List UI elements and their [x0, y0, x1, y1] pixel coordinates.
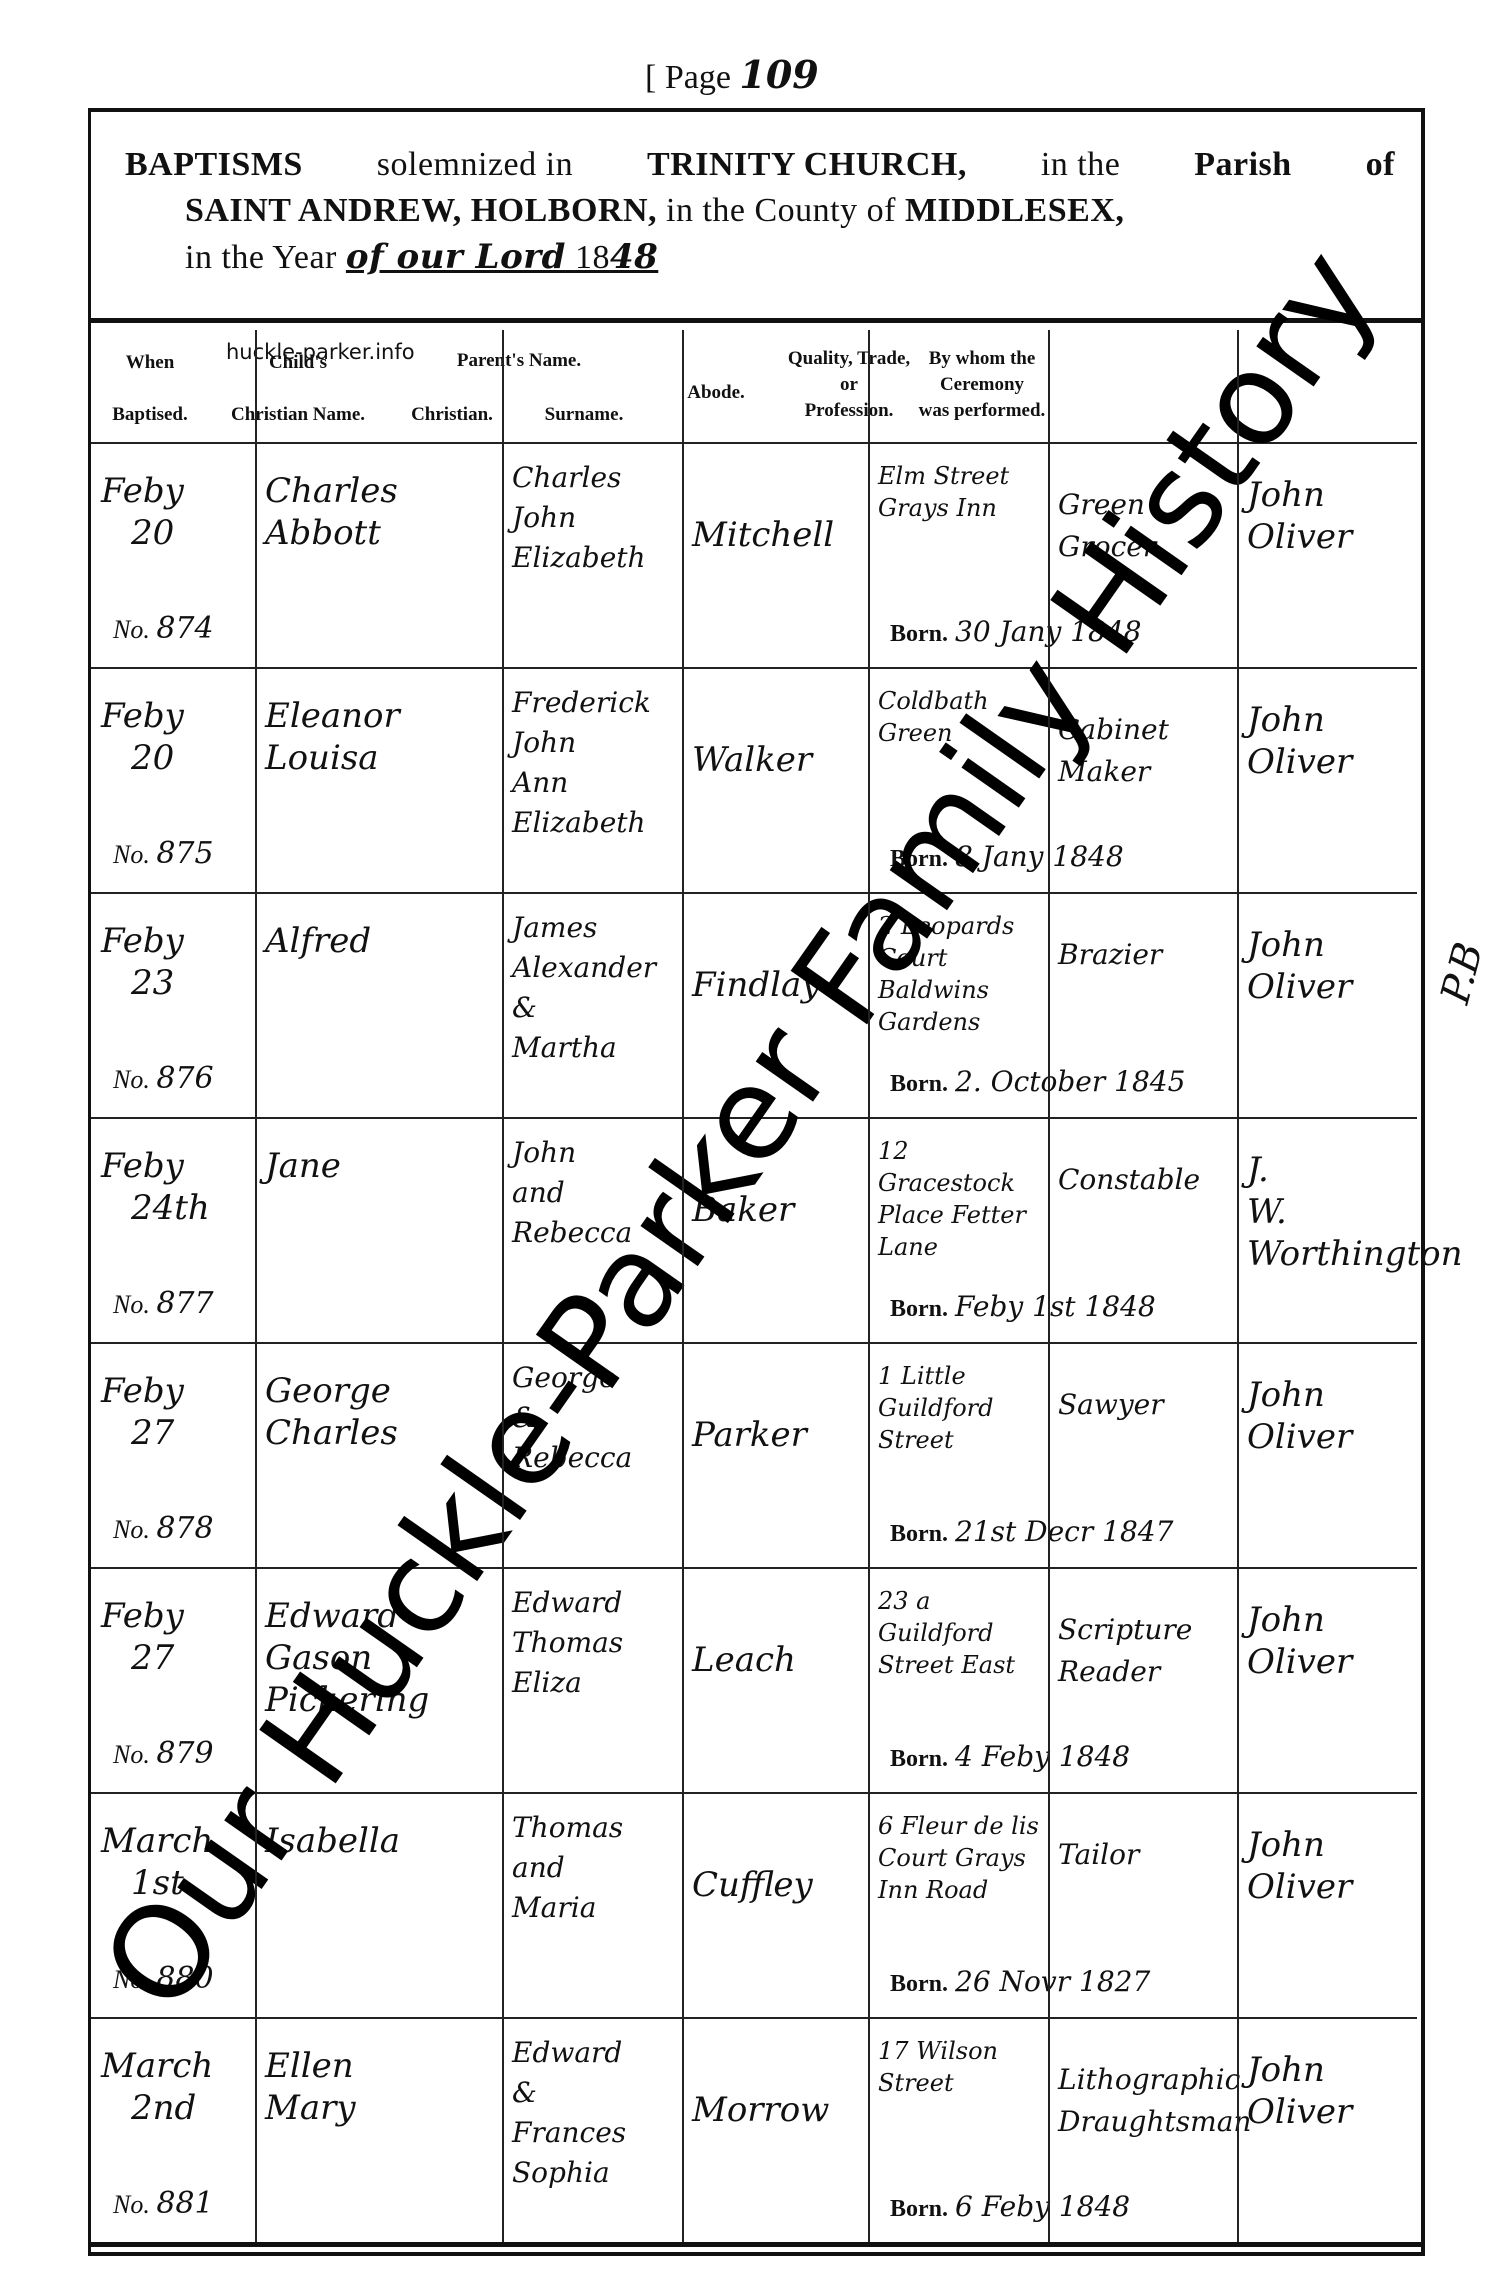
title-county-text: in the County of [666, 192, 896, 229]
baptism-month: March [101, 2045, 249, 2087]
cell-trade: Brazier [1058, 894, 1231, 1119]
column-divider [1237, 330, 1239, 2242]
baptism-month: Feby [101, 1145, 249, 1187]
baptism-day: 20 [101, 737, 249, 779]
title-year-printed: 18 [575, 239, 610, 276]
cell-abode: 2 Leopards Court Baldwins GardensBorn. 2… [878, 894, 1042, 1119]
cell-surname: Cuffley [692, 1794, 862, 2019]
title-parish-name: SAINT ANDREW, HOLBORN, [185, 192, 657, 229]
entry-number: No. 876 [113, 1058, 214, 1101]
cell-trade: Lithographic Draughtsman [1058, 2019, 1231, 2244]
entry-number: No. 880 [113, 1958, 214, 2001]
baptism-month: Feby [101, 920, 249, 962]
title-baptisms: BAPTISMS [125, 142, 303, 188]
header-quality: Quality, Trade,orProfession. [781, 346, 917, 424]
title-year-hand: of our Lord [346, 237, 566, 277]
cell-trade: Scripture Reader [1058, 1569, 1231, 1794]
entry-number: No. 881 [113, 2183, 214, 2226]
baptism-month: Feby [101, 1595, 249, 1637]
baptism-month: Feby [101, 1370, 249, 1412]
column-divider [255, 330, 257, 2242]
cell-child-name: Alfred [265, 894, 496, 1119]
cell-surname: Morrow [692, 2019, 862, 2244]
cell-abode: Coldbath GreenBorn. 8 Jany 1848 [878, 669, 1042, 894]
cell-child-name: EdwardGasonPickering [265, 1569, 496, 1794]
cell-when: Feby20No. 875 [101, 669, 249, 894]
baptism-day: 23 [101, 962, 249, 1004]
entry-number: No. 879 [113, 1733, 214, 1776]
cell-parents-christian: CharlesJohnElizabeth [512, 444, 676, 669]
title-year-suffix: 48 [610, 237, 658, 277]
cell-when: March1stNo. 880 [101, 1794, 249, 2019]
cell-child-name: Isabella [265, 1794, 496, 2019]
cell-child-name: GeorgeCharles [265, 1344, 496, 1569]
cell-parents-christian: George&Rebecca [512, 1344, 676, 1569]
column-divider [868, 330, 870, 2242]
header-surname: Surname. [517, 402, 651, 428]
entry-number: No. 875 [113, 833, 214, 876]
cell-parents-christian: JamesAlexander&Martha [512, 894, 676, 1119]
cell-officiant: JohnOliver [1247, 1344, 1411, 1569]
cell-officiant: JohnOliver [1247, 2019, 1411, 2244]
column-divider [1048, 330, 1050, 2242]
baptism-month: Feby [101, 695, 249, 737]
cell-officiant: JohnOliver [1247, 1569, 1411, 1794]
cell-surname: Leach [692, 1569, 862, 1794]
cell-parents-christian: JohnandRebecca [512, 1119, 676, 1344]
cell-when: Feby23No. 876 [101, 894, 249, 1119]
cell-trade: Tailor [1058, 1794, 1231, 2019]
cell-officiant: JohnOliver [1247, 1794, 1411, 2019]
cell-surname: Parker [692, 1344, 862, 1569]
header-parents: Parent's Name. [387, 348, 651, 374]
cell-officiant: JohnOliver [1247, 894, 1411, 1119]
cell-officiant: JohnOliver [1247, 669, 1411, 894]
footer-rule [88, 2242, 1422, 2247]
header-by-whom: By whom theCeremonywas performed. [917, 346, 1047, 424]
cell-when: March2ndNo. 881 [101, 2019, 249, 2244]
cell-officiant: JohnOliver [1247, 444, 1411, 669]
baptism-day: 1st [101, 1862, 249, 1904]
cell-trade: Cabinet Maker [1058, 669, 1231, 894]
baptism-day: 2nd [101, 2087, 249, 2129]
margin-note: P.B [1432, 938, 1492, 1009]
cell-when: Feby24thNo. 877 [101, 1119, 249, 1344]
baptism-day: 20 [101, 512, 249, 554]
header-when: WhenBaptised. [91, 350, 209, 428]
header-christian: Christian. [387, 402, 517, 428]
entry-number: No. 877 [113, 1283, 214, 1326]
cell-abode: 6 Fleur de lis Court Grays Inn RoadBorn.… [878, 1794, 1042, 2019]
baptism-day: 27 [101, 1637, 249, 1679]
table-row: Feby20No. 875EleanorLouisaFrederickJohnA… [91, 667, 1417, 894]
cell-abode: 23 a Guildford Street EastBorn. 4 Feby 1… [878, 1569, 1042, 1794]
title-county: MIDDLESEX, [905, 192, 1124, 229]
cell-surname: Baker [692, 1119, 862, 1344]
table-row: Feby20No. 874CharlesAbbottCharlesJohnEli… [91, 442, 1417, 669]
cell-trade: Constable [1058, 1119, 1231, 1344]
cell-parents-christian: Edward&FrancesSophia [512, 2019, 676, 2244]
table-row: Feby27No. 879EdwardGasonPickeringEdwardT… [91, 1567, 1417, 1794]
cell-abode: Elm Street Grays InnBorn. 30 Jany 1848 [878, 444, 1042, 669]
cell-trade: Green Grocer [1058, 444, 1231, 669]
table-row: March1stNo. 880IsabellaThomasandMariaCuf… [91, 1792, 1417, 2019]
column-divider [502, 330, 504, 2242]
cell-when: Feby27No. 879 [101, 1569, 249, 1794]
entry-number: No. 878 [113, 1508, 214, 1551]
entry-number: No. 874 [113, 608, 214, 651]
cell-parents-christian: EdwardThomasEliza [512, 1569, 676, 1794]
baptism-month: March [101, 1820, 249, 1862]
cell-trade: Sawyer [1058, 1344, 1231, 1569]
header-rule [88, 318, 1422, 323]
baptism-day: 27 [101, 1412, 249, 1454]
title-solemnized: solemnized in [377, 142, 573, 188]
cell-abode: 1 Little Guildford StreetBorn. 21st Decr… [878, 1344, 1042, 1569]
header-abode: Abode. [651, 380, 781, 406]
cell-surname: Mitchell [692, 444, 862, 669]
cell-surname: Walker [692, 669, 862, 894]
title-church: TRINITY CHURCH, [647, 142, 967, 188]
cell-child-name: CharlesAbbott [265, 444, 496, 669]
cell-child-name: EllenMary [265, 2019, 496, 2244]
title-of: of [1366, 142, 1395, 188]
table-row: Feby23No. 876AlfredJamesAlexander&Martha… [91, 892, 1417, 1119]
cell-officiant: J.W. Worthington [1247, 1119, 1411, 1344]
cell-surname: Findlay [692, 894, 862, 1119]
baptism-month: Feby [101, 470, 249, 512]
column-divider [682, 390, 684, 2242]
cell-when: Feby27No. 878 [101, 1344, 249, 1569]
cell-when: Feby20No. 874 [101, 444, 249, 669]
table-row: Feby24thNo. 877JaneJohnandRebeccaBaker12… [91, 1117, 1417, 1344]
title-in-the: in the [1041, 142, 1120, 188]
cell-parents-christian: FrederickJohnAnnElizabeth [512, 669, 676, 894]
cell-abode: 12 Gracestock Place Fetter LaneBorn. Feb… [878, 1119, 1042, 1344]
table-row: Feby27No. 878GeorgeCharlesGeorge&Rebecca… [91, 1342, 1417, 1569]
table-row: March2ndNo. 881EllenMaryEdward&FrancesSo… [91, 2017, 1417, 2244]
cell-abode: 17 Wilson StreetBorn. 6 Feby 1848 [878, 2019, 1042, 2244]
cell-child-name: EleanorLouisa [265, 669, 496, 894]
page-number: [ Page 109 [645, 52, 819, 97]
baptism-day: 24th [101, 1187, 249, 1229]
title-year-prefix: in the Year [185, 239, 337, 276]
cell-parents-christian: ThomasandMaria [512, 1794, 676, 2019]
title-parish: Parish [1194, 142, 1291, 188]
register-title: BAPTISMS solemnized in TRINITY CHURCH, i… [125, 142, 1395, 281]
page-label: [ Page [645, 59, 731, 96]
page-number-value: 109 [739, 52, 818, 97]
cell-child-name: Jane [265, 1119, 496, 1344]
